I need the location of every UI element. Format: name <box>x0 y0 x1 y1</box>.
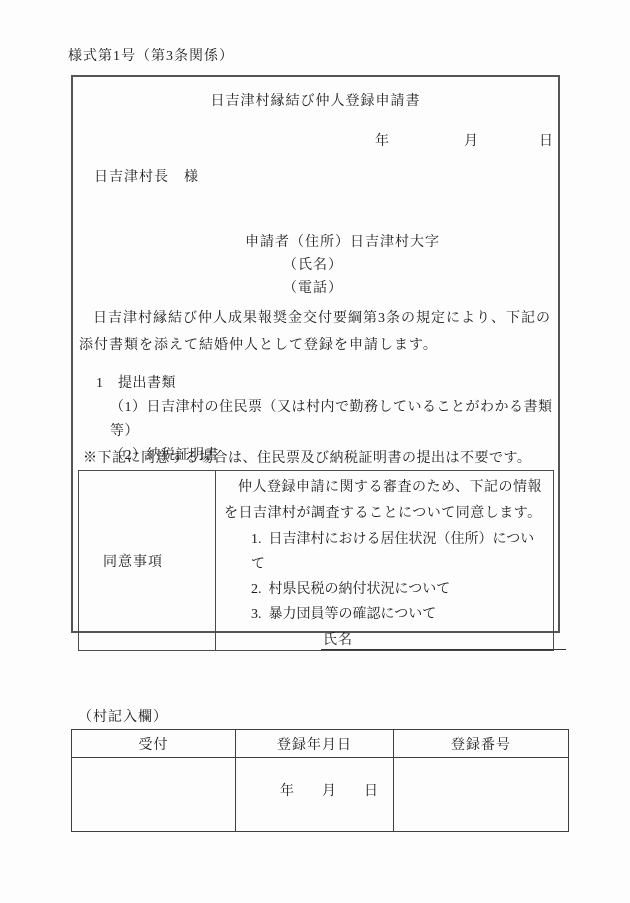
consent-row: 同意事項 仲人登録申請に関する審査のため、下記の情報を日吉津村が調査することにつ… <box>79 471 554 651</box>
addressee: 日吉津村長 様 <box>94 166 199 186</box>
application-date-line: 年 月 日 <box>73 130 558 148</box>
applicant-address-line: 申請者（住所）日吉津村大字 <box>245 231 440 254</box>
documents-heading: 1 提出書類 <box>96 372 558 396</box>
office-table-header-row: 受付 登録年月日 登録番号 <box>72 730 569 758</box>
office-header-registration-number: 登録番号 <box>394 730 569 758</box>
year-label: 年 <box>375 130 389 150</box>
consent-table: 同意事項 仲人登録申請に関する審査のため、下記の情報を日吉津村が調査することにつ… <box>78 470 554 651</box>
month-label: 月 <box>464 130 478 150</box>
consent-row-header: 同意事項 <box>79 471 216 651</box>
office-cell-registration-number <box>394 758 569 832</box>
application-statement: 日吉津村縁結び仲人成果報奨金交付要綱第3条の規定により、下記の添付書類を添えて結… <box>79 305 553 359</box>
consent-intro: 仲人登録申請に関する審査のため、下記の情報を日吉津村が調査することについて同意し… <box>224 475 545 527</box>
application-form-box: 日吉津村縁結び仲人登録申請書 年 月 日 日吉津村長 様 申請者（住所）日吉津村… <box>71 75 560 633</box>
office-use-label: （村記入欄） <box>78 706 168 726</box>
applicant-phone-line: （電話） <box>245 277 440 300</box>
consent-item-1: 1. 日吉津村における居住状況（住所）について <box>251 527 545 577</box>
signature-line: 氏名 <box>321 628 566 650</box>
consent-item-3: 3. 暴力団員等の確認について <box>251 602 545 627</box>
office-use-table: 受付 登録年月日 登録番号 年 月 日 <box>71 729 569 832</box>
office-cell-reception <box>72 758 236 832</box>
consent-items-list: 1. 日吉津村における居住状況（住所）について 2. 村県民税の納付状況について… <box>251 527 545 627</box>
office-header-reception: 受付 <box>72 730 236 758</box>
form-number-label: 様式第1号（第3条関係） <box>68 45 234 65</box>
office-cell-registration-date: 年 月 日 <box>236 758 394 832</box>
consent-item-2: 2. 村県民税の納付状況について <box>251 577 545 602</box>
document-page: 様式第1号（第3条関係） 日吉津村縁結び仲人登録申請書 年 月 日 日吉津村長 … <box>0 0 630 903</box>
consent-note: ※下記に同意する場合は、住民票及び納税証明書の提出は不要です。 <box>83 447 531 467</box>
applicant-name-line: （氏名） <box>245 254 440 277</box>
applicant-block: 申請者（住所）日吉津村大字 （氏名） （電話） <box>245 231 440 300</box>
consent-content-cell: 仲人登録申請に関する審査のため、下記の情報を日吉津村が調査することについて同意し… <box>216 471 554 651</box>
day-label: 日 <box>539 130 553 150</box>
office-table-body-row: 年 月 日 <box>72 758 569 832</box>
form-title: 日吉津村縁結び仲人登録申請書 <box>73 90 558 110</box>
document-item-1: （1）日吉津村の住民票（又は村内で勤務していることがわかる書類等） <box>110 396 558 444</box>
signature-label: 氏名 <box>323 629 353 649</box>
office-header-registration-date: 登録年月日 <box>236 730 394 758</box>
